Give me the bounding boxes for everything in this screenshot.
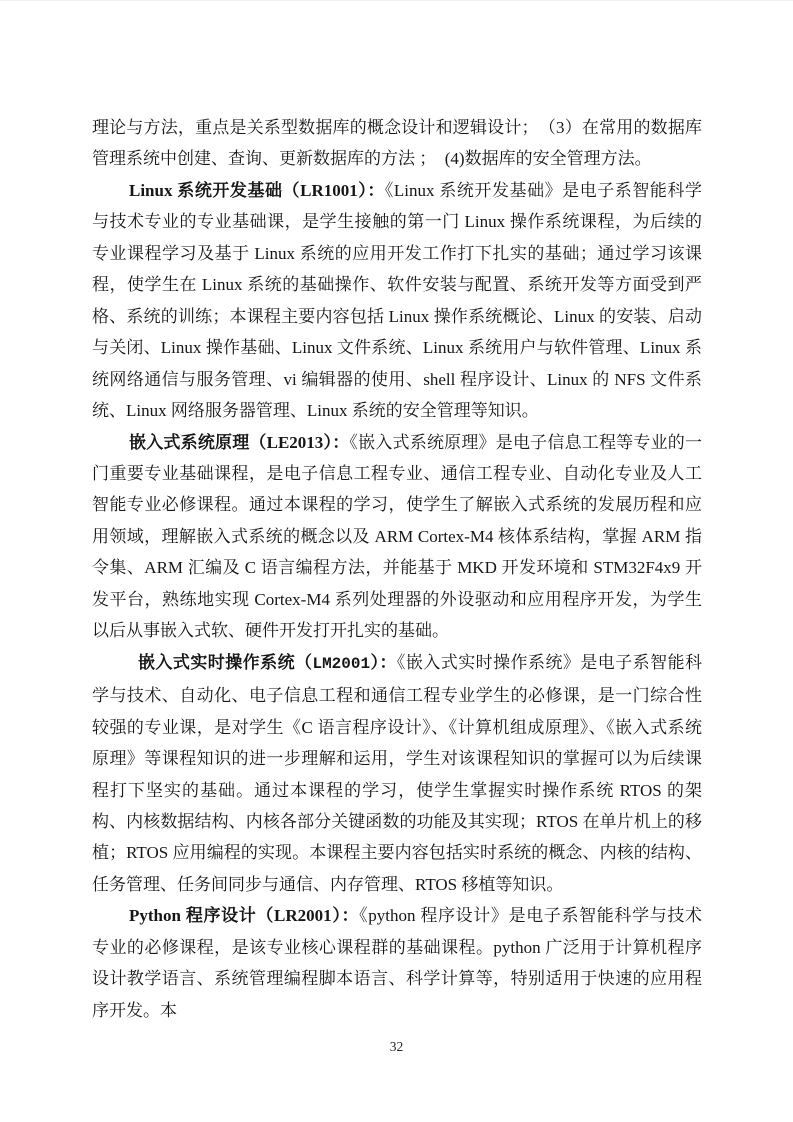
- paragraph-course-linux: Linux 系统开发基础（LR1001）：《Linux 系统开发基础》是电子系智…: [92, 175, 702, 427]
- page-number: 32: [0, 1039, 793, 1055]
- paragraph-course-python: Python 程序设计（LR2001）：《python 程序设计》是电子系智能科…: [92, 900, 702, 1026]
- course-heading-python-lr2001: Python 程序设计（LR2001）：: [129, 906, 359, 925]
- page-text-block: 理论与方法，重点是关系型数据库的概念设计和逻辑设计； （3）在常用的数据库管理系…: [92, 112, 702, 1026]
- paragraph-course-embedded-principles: 嵌入式系统原理（LE2013）：《嵌入式系统原理》是电子信息工程等专业的一门重要…: [92, 427, 702, 647]
- course-code-lm2001: LM2001: [312, 655, 370, 673]
- course-description-embedded-principles: 《嵌入式系统原理》是电子信息工程等专业的一门重要专业基础课程，是电子信息工程专业…: [92, 433, 702, 641]
- course-description-linux: 《Linux 系统开发基础》是电子系智能科学与技术专业的专业基础课，是学生接触的…: [92, 181, 702, 420]
- course-heading-embedded-le2013: 嵌入式系统原理（LE2013）：: [129, 433, 349, 452]
- document-page: 理论与方法，重点是关系型数据库的概念设计和逻辑设计； （3）在常用的数据库管理系…: [0, 0, 793, 1122]
- course-description-rtos: 《嵌入式实时操作系统》是电子系智能科学与技术、自动化、电子信息工程和通信工程专业…: [92, 653, 702, 894]
- paragraph-course-rtos: 嵌入式实时操作系统（LM2001）：《嵌入式实时操作系统》是电子系智能科学与技术…: [92, 647, 702, 901]
- course-heading-rtos-post: ）：: [370, 653, 397, 672]
- course-heading-rtos-pre: 嵌入式实时操作系统（: [138, 653, 312, 672]
- paragraph-database-continuation: 理论与方法，重点是关系型数据库的概念设计和逻辑设计； （3）在常用的数据库管理系…: [92, 112, 702, 175]
- paragraph-body-text: 理论与方法，重点是关系型数据库的概念设计和逻辑设计； （3）在常用的数据库管理系…: [92, 118, 702, 168]
- course-heading-linux-lr1001: Linux 系统开发基础（LR1001）：: [129, 181, 385, 200]
